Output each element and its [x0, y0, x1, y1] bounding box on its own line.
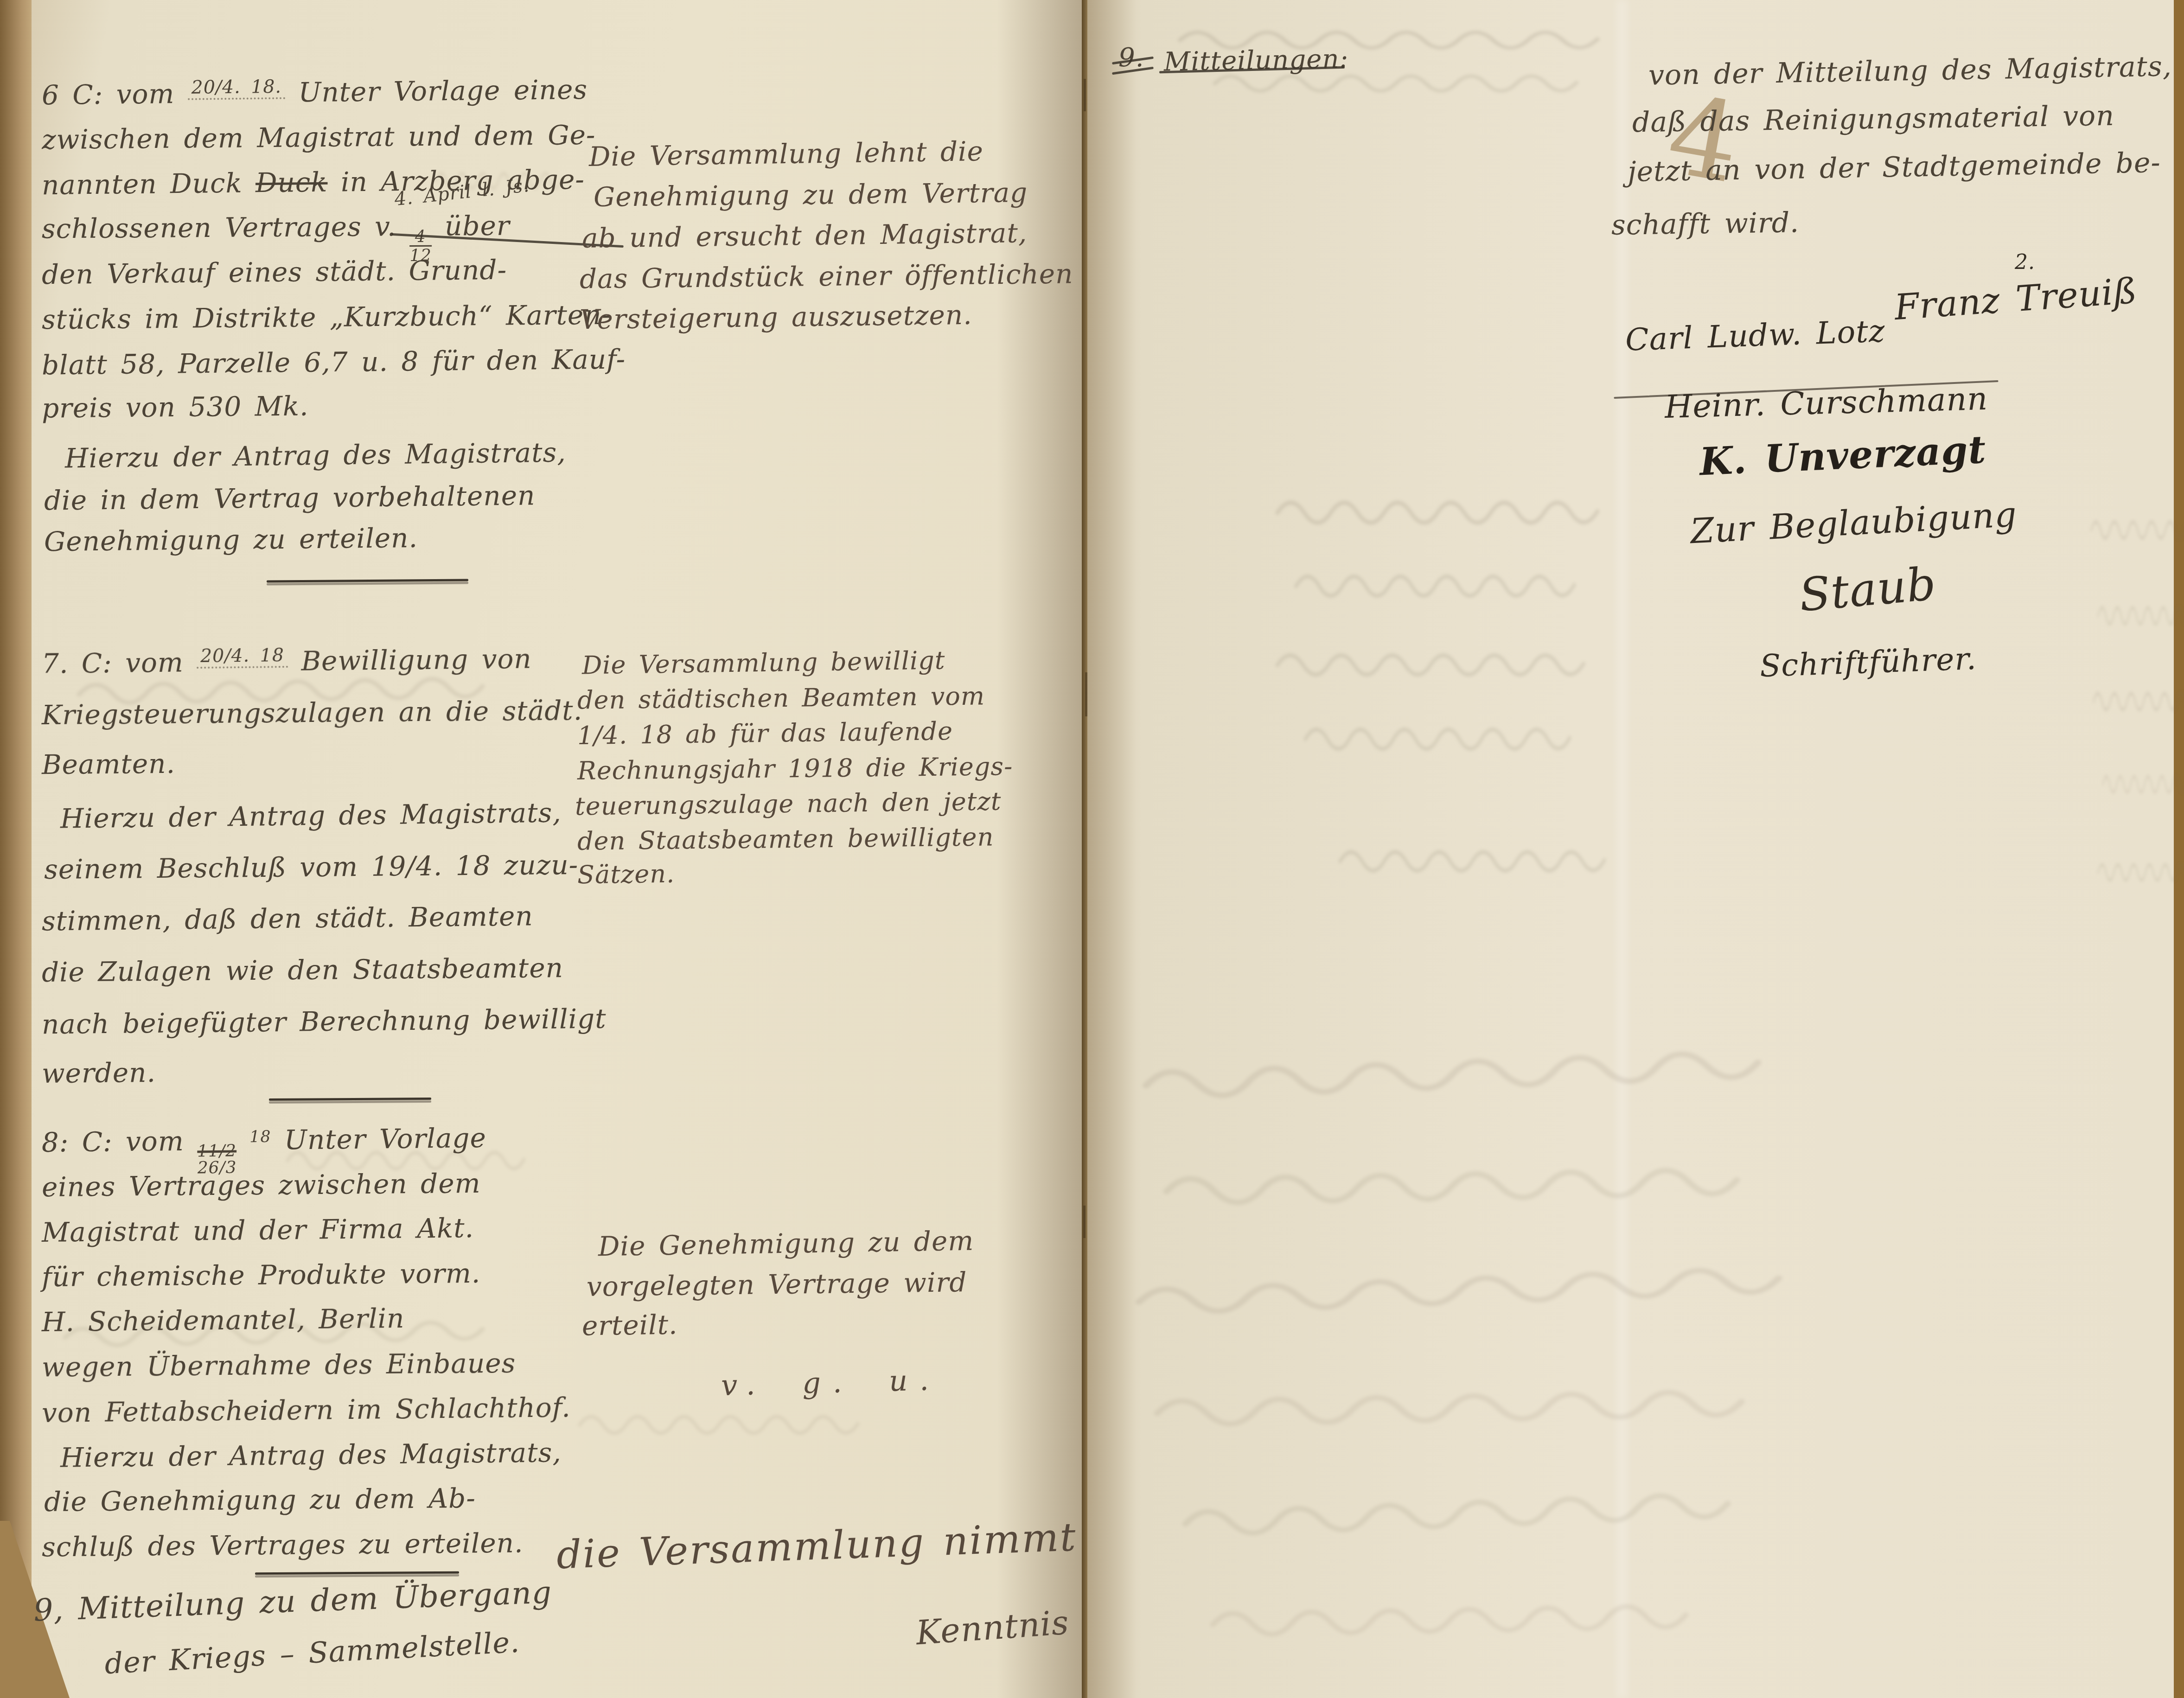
gutter-shadow — [997, 0, 1082, 1698]
agenda-item-8-line: Hierzu der Antrag des Magistrats, — [60, 1436, 562, 1473]
item-6-number: 6 C: vom — [42, 78, 175, 111]
resolution-8-line: erteilt. — [582, 1309, 678, 1342]
agenda-item-8-line: die Genehmigung zu dem Ab- — [44, 1482, 476, 1518]
inserted-date: 20/4. 18. — [187, 76, 285, 100]
signature-role: Schriftführer. — [1759, 641, 1977, 684]
resolution-7-line: teuerungszulage nach den jetzt — [575, 786, 1002, 821]
book-edge-right — [2174, 0, 2184, 1698]
agenda-item-7-line: stimmen, daß den städt. Beamten — [42, 900, 533, 937]
item-8-text: Unter Vorlage — [284, 1122, 487, 1156]
agenda-item-6-line: preis von 530 Mk. — [42, 390, 309, 424]
resolution-8-line: vorgelegten Vertrage wird — [587, 1266, 967, 1302]
agenda-item-7-line: seinem Beschluß vom 19/4. 18 zuzu- — [44, 849, 579, 885]
motion-line: Hierzu der Antrag des Magistrats, — [65, 436, 567, 474]
agenda-item-7-line: Beamten. — [42, 748, 176, 781]
manuscript-scan: 6 C: vom 20/4. 18. Unter Vorlage eines z… — [0, 0, 2184, 1698]
resolution-7-line: den städtischen Beamten vom — [577, 681, 985, 715]
motion-line: die in dem Vertrag vorbehaltenen — [44, 479, 536, 516]
agenda-item-7-line: Kriegsteuerungszulagen an die städt. — [42, 695, 583, 731]
item-6-text: nannten Duck — [42, 167, 243, 201]
agenda-item-6-line: 6 C: vom 20/4. 18. Unter Vorlage eines — [42, 74, 588, 111]
agenda-item-6-line: stücks im Distrikte „Kurzbuch“ Karten- — [42, 299, 612, 336]
resolution-6-line: Genehmigung zu dem Vertrag — [594, 177, 1028, 213]
resolution-6-line: Die Versammlung lehnt die — [589, 135, 984, 172]
year-superscript: 18 — [249, 1128, 271, 1146]
item-6-text: schlossenen Vertrages v. — [42, 211, 396, 244]
gutter-shadow — [1087, 0, 1136, 1698]
paper-crease — [1616, 0, 1628, 1698]
protocol-abbreviation-vgu: v. g. u. — [721, 1363, 941, 1402]
book-edge-left — [0, 0, 32, 1698]
inserted-date: 20/4. 18 — [197, 645, 288, 669]
agenda-item-6-line: den Verkauf eines städt. Grund- — [42, 254, 507, 291]
agenda-item-8-line: Magistrat und der Firma Akt. — [42, 1212, 474, 1248]
agenda-item-6-line: blatt 58, Parzelle 6,7 u. 8 für den Kauf… — [42, 343, 626, 381]
agenda-item-7-line: 7. C: vom 20/4. 18 Bewilligung von — [42, 643, 532, 679]
item-7-number: 7. C: vom — [42, 646, 184, 679]
agenda-item-7-line: Hierzu der Antrag des Magistrats, — [60, 797, 562, 834]
gutter-crack — [1084, 79, 1086, 111]
resolution-8-line: Die Genehmigung zu dem — [598, 1225, 974, 1263]
agenda-item-7-line: die Zulagen wie den Staatsbeamten — [42, 952, 564, 988]
strikethrough-text: Duck — [255, 166, 328, 199]
item-8-number: 8: C: vom — [41, 1125, 184, 1158]
agenda-item-7-line: werden. — [42, 1057, 156, 1089]
agenda-item-8-line: für chemische Produkte vorm. — [42, 1258, 481, 1293]
item-7-text: Bewilligung von — [301, 643, 532, 677]
agenda-item-8-line: von Fettabscheidern im Schlachthof. — [42, 1392, 571, 1429]
resolution-7-line: Rechnungsjahr 1918 die Kriegs- — [577, 752, 1013, 785]
resolution-7-line: Sätzen. — [577, 859, 675, 890]
resolution-6-line: das Grundstück einer öffentlichen — [580, 258, 1073, 294]
resolution-7-line: Die Versammlung bewilligt — [582, 646, 945, 680]
gutter-crack — [1085, 672, 1087, 716]
gutter-crack — [1083, 1206, 1086, 1238]
agenda-item-8-line: H. Scheidemantel, Berlin — [42, 1302, 405, 1338]
item-6-text: Unter Vorlage eines — [298, 74, 588, 109]
agenda-item-8-line: eines Vertrages zwischen dem — [42, 1168, 481, 1203]
agenda-item-7-line: nach beigefügter Berechnung bewilligt — [42, 1003, 607, 1041]
right-page — [1087, 0, 2174, 1698]
agenda-item-8-line: wegen Übernahme des Einbaues — [42, 1347, 516, 1383]
binding-gutter — [1082, 0, 1087, 1698]
note-line: schafft wird. — [1611, 206, 1800, 242]
resolution-6-line: ab und ersucht den Magistrat, — [582, 217, 1028, 254]
note-line: daß das Reinigungsmaterial von — [1632, 100, 2115, 139]
agenda-item-6-line: zwischen dem Magistrat und dem Ge- — [42, 119, 596, 155]
resolution-7-line: 1/4. 18 ab für das laufende — [577, 716, 953, 750]
strikethrough-date: 11/2 — [197, 1143, 236, 1160]
resolution-7-line: den Staatsbeamten bewilligten — [577, 822, 994, 855]
motion-line: Genehmigung zu erteilen. — [44, 522, 418, 557]
marginal-annotation: 2. — [2015, 250, 2035, 274]
resolution-6-line: Versteigerung auszusetzen. — [580, 299, 972, 335]
agenda-item-8-line: schluß des Vertrages zu erteilen. — [42, 1527, 524, 1563]
